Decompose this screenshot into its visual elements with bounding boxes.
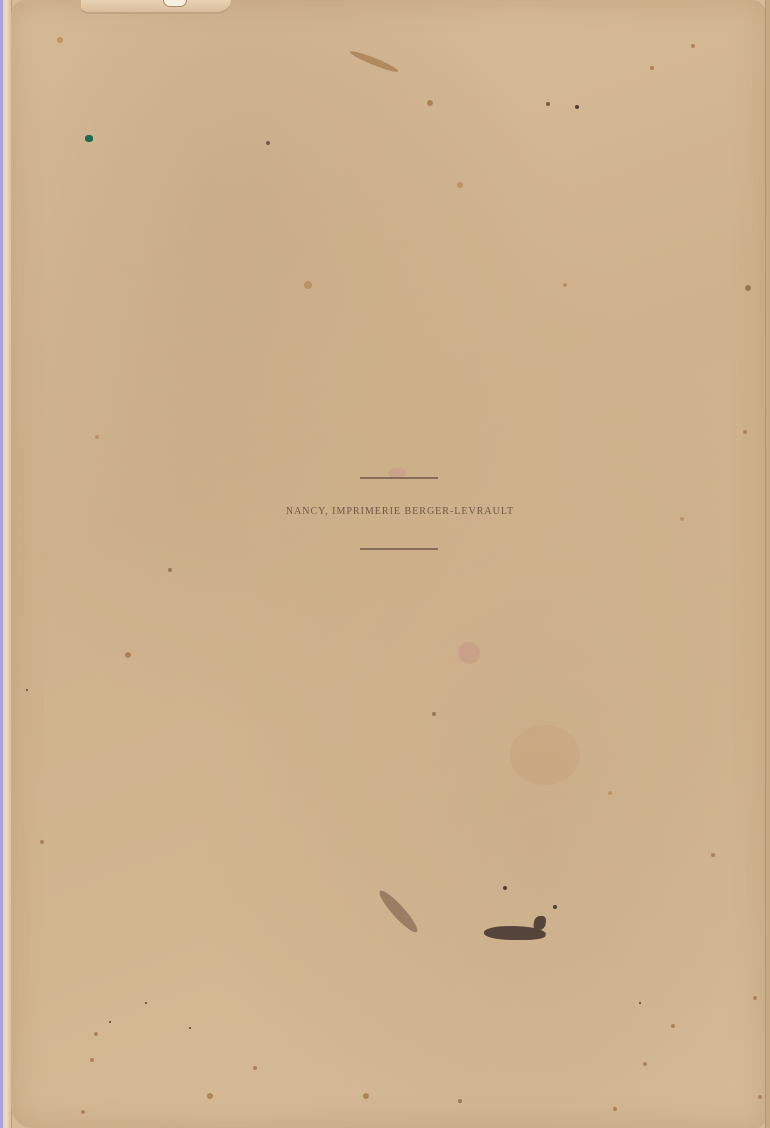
foxing-spot [145, 1002, 147, 1004]
foxing-spot [743, 430, 747, 434]
ink-blot [483, 926, 547, 940]
top-crease [81, 0, 231, 14]
foxing-spot [266, 141, 270, 145]
foxing-spot [427, 100, 433, 106]
foxing-spot [90, 1058, 94, 1062]
foxing-spot [168, 568, 172, 572]
foxing-spot [94, 1032, 98, 1036]
foxing-spot [109, 1021, 111, 1023]
foxing-spot [458, 1099, 462, 1103]
printer-imprint: NANCY, IMPRIMERIE BERGER-LEVRAULT [0, 506, 770, 517]
staple-hole [163, 0, 187, 7]
foxing-spot [207, 1093, 213, 1099]
foxing-spot [553, 905, 557, 909]
scanned-page: { "document": { "type": "book back cover… [0, 0, 770, 1128]
foxing-spot [189, 1027, 191, 1029]
foxing-spot [125, 652, 131, 658]
foxing-spot [253, 1066, 257, 1070]
foxing-spot [304, 281, 312, 289]
foxing-spot [40, 840, 44, 844]
foxing-spot [758, 1095, 762, 1099]
back-cover [11, 0, 766, 1128]
foxing-spot [546, 102, 550, 106]
foxing-spot [753, 996, 757, 1000]
green-ink-spot [85, 135, 93, 142]
foxing-spot [57, 37, 63, 43]
foxing-spot [680, 517, 684, 521]
foxing-spot [643, 1062, 647, 1066]
foxing-spot [745, 285, 751, 291]
foxing-spot [608, 791, 612, 795]
foxing-spot [363, 1093, 369, 1099]
foxing-spot [711, 853, 715, 857]
decorative-rule-top [360, 477, 438, 479]
pink-stain [458, 642, 480, 664]
foxing-spot [650, 66, 654, 70]
foxing-spot [691, 44, 695, 48]
right-edge [765, 0, 770, 1128]
foxing-spot [639, 1002, 641, 1004]
foxing-spot [95, 435, 99, 439]
foxing-spot [671, 1024, 675, 1028]
foxing-spot [575, 105, 579, 109]
water-stain [510, 725, 580, 785]
foxing-spot [432, 712, 436, 716]
decorative-rule-bottom [360, 548, 438, 550]
foxing-spot [563, 283, 567, 287]
foxing-spot [503, 886, 507, 890]
foxing-spot [26, 689, 28, 691]
foxing-spot [457, 182, 463, 188]
foxing-spot [81, 1110, 85, 1114]
foxing-spot [613, 1107, 617, 1111]
